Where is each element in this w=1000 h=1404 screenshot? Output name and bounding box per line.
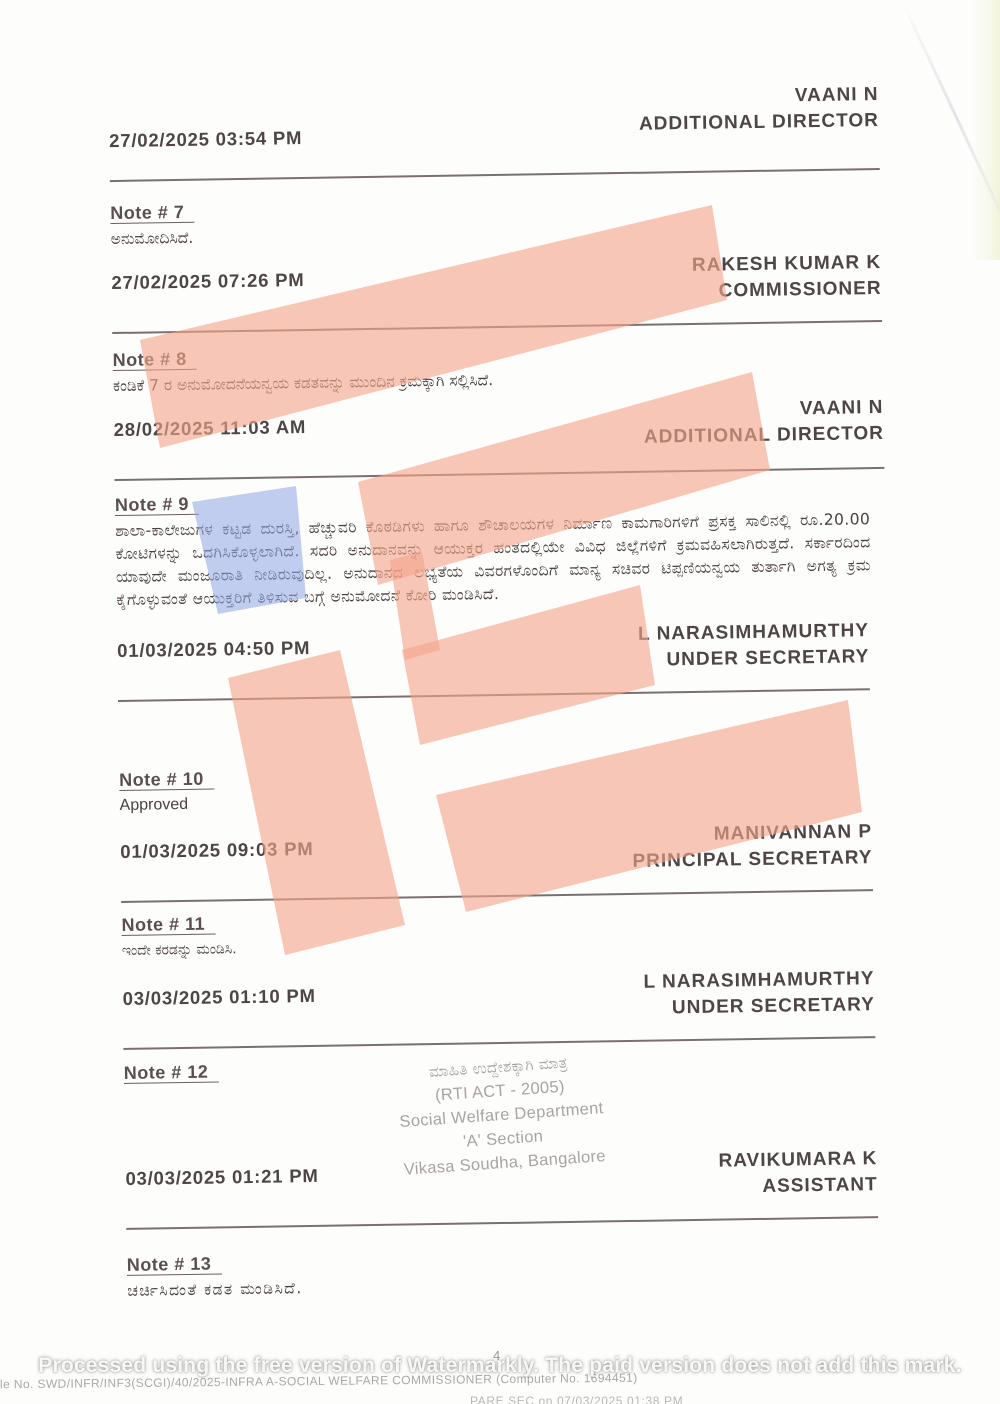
signatory-name: VAANI N <box>643 395 883 425</box>
note-text: ಇಂದೇ ಕರಡನ್ನು ಮಂಡಿಸಿ. <box>122 928 892 962</box>
signatory-name: RAKESH KUMAR K <box>692 250 882 279</box>
signatory-name: VAANI N <box>638 82 878 112</box>
signatory: L NARASIMHAMURTHY UNDER SECRETARY <box>643 966 875 1022</box>
footer-timestamp: PARE SEC on 07/03/2025 01:38 PM <box>470 1394 683 1404</box>
signatory: VAANI N ADDITIONAL DIRECTOR <box>643 395 884 451</box>
signatory-designation: PRINCIPAL SECRETARY <box>632 845 872 875</box>
signatory-name: L NARASIMHAMURTHY <box>638 618 869 648</box>
note-13: Note # 13 ಚರ್ಚಿಸಿದಂತೆ ಕಡತ ಮಂಡಿಸಿದೆ. <box>127 1244 898 1302</box>
note-text: ಕಂಡಿಕೆ 7 ರ ಅನುಮೋದನೆಯನ್ವಯ ಕಡತವನ್ನು ಮುಂದಿನ… <box>113 363 883 397</box>
watermark-text: Processed using the free version of Wate… <box>0 1354 1000 1378</box>
timestamp: 27/02/2025 07:26 PM <box>111 269 304 294</box>
divider <box>123 1036 875 1049</box>
note-title: Note # 9 <box>115 495 199 516</box>
timestamp: 03/03/2025 01:10 PM <box>122 985 315 1010</box>
note-title: Note # 12 <box>124 1062 219 1083</box>
divider <box>118 688 870 701</box>
note-title: Note # 7 <box>110 203 194 224</box>
note-9: Note # 9 ಶಾಲಾ-ಕಾಲೇಜುಗಳ ಕಟ್ಟಡ ದುರಸ್ತಿ, ಹೆ… <box>115 484 888 702</box>
note-text: ಶಾಲಾ-ಕಾಲೇಜುಗಳ ಕಟ್ಟಡ ದುರಸ್ತಿ, ಹೆಚ್ಚುವರಿ ಕ… <box>115 508 871 612</box>
timestamp: 03/03/2025 01:21 PM <box>125 1165 318 1190</box>
timestamp: 01/03/2025 09:03 PM <box>120 838 313 863</box>
signatory-name: L NARASIMHAMURTHY <box>643 966 874 996</box>
note-title: Note # 8 <box>112 350 196 371</box>
note-sheet: 27/02/2025 03:54 PM VAANI N ADDITIONAL D… <box>0 0 1000 1404</box>
note-10: Note # 10 Approved 01/03/2025 09:03 PM M… <box>119 759 891 903</box>
signatory-name: RAVIKUMARA K <box>718 1146 877 1174</box>
timestamp: 28/02/2025 11:03 AM <box>114 416 307 441</box>
divider <box>121 889 873 902</box>
note-title: Note # 13 <box>127 1254 222 1275</box>
divider <box>114 467 884 481</box>
divider <box>112 320 882 334</box>
note-7: Note # 7 ಅನುಮೋದಿಸಿದೆ. 27/02/2025 07:26 P… <box>110 192 882 334</box>
rti-stamp: ಮಾಹಿತಿ ಉದ್ದೇಶಕ್ಕಾಗಿ ಮಾತ್ರ (RTI ACT - 200… <box>368 1046 636 1183</box>
signatory-designation: ADDITIONAL DIRECTOR <box>639 108 879 138</box>
signatory: RAKESH KUMAR K COMMISSIONER <box>692 250 882 305</box>
note-title: Note # 10 <box>119 770 214 791</box>
signatory-designation: ADDITIONAL DIRECTOR <box>644 421 884 451</box>
signatory: RAVIKUMARA K ASSISTANT <box>718 1146 878 1200</box>
top-entry: 27/02/2025 03:54 PM VAANI N ADDITIONAL D… <box>108 82 879 182</box>
note-11: Note # 11 ಇಂದೇ ಕರಡನ್ನು ಮಂಡಿಸಿ. 03/03/202… <box>121 904 893 1050</box>
note-title: Note # 11 <box>121 915 215 936</box>
divider <box>110 168 880 182</box>
signatory-name: MANIVANNAN P <box>632 819 872 849</box>
note-text: ಚರ್ಚಿಸಿದಂತೆ ಕಡತ ಮಂಡಿಸಿದೆ. <box>127 1268 897 1302</box>
timestamp: 27/02/2025 03:54 PM <box>109 127 302 152</box>
note-8: Note # 8 ಕಂಡಿಕೆ 7 ರ ಅನುಮೋದನೆಯನ್ವಯ ಕಡತವನ್… <box>112 339 884 481</box>
note-text: ಅನುಮೋದಿಸಿದೆ. <box>111 216 881 250</box>
signatory-designation: COMMISSIONER <box>692 276 882 305</box>
signatory-designation: UNDER SECRETARY <box>644 992 875 1022</box>
signatory-designation: ASSISTANT <box>719 1172 878 1200</box>
divider <box>126 1216 878 1229</box>
signatory: MANIVANNAN P PRINCIPAL SECRETARY <box>632 819 873 875</box>
signatory-designation: UNDER SECRETARY <box>638 644 869 674</box>
note-text: Approved <box>119 783 889 817</box>
signatory: L NARASIMHAMURTHY UNDER SECRETARY <box>638 618 870 674</box>
signatory: VAANI N ADDITIONAL DIRECTOR <box>638 82 879 138</box>
timestamp: 01/03/2025 04:50 PM <box>117 637 310 662</box>
